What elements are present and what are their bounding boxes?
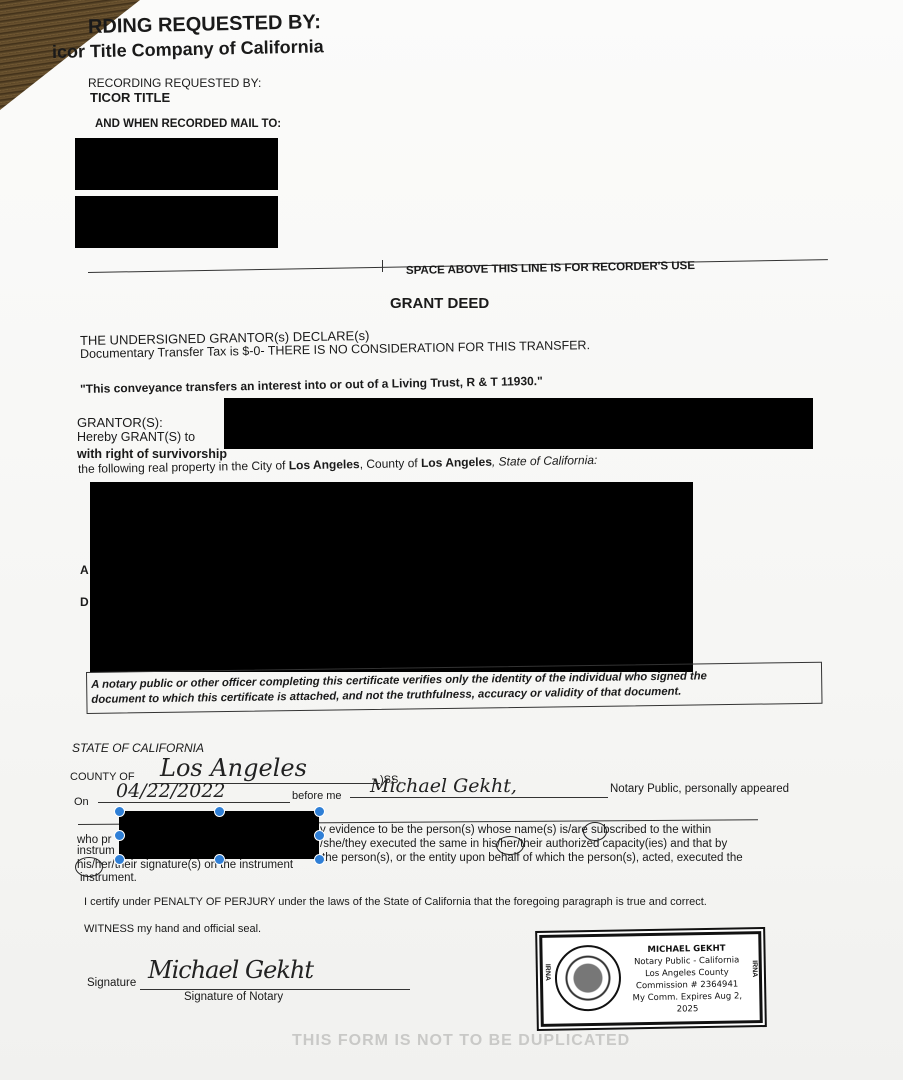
watermark-bleedthrough: THIS FORM IS NOT TO BE DUPLICATED — [292, 1032, 630, 1050]
recorder-divider-tick — [382, 260, 383, 272]
county-handwritten: Los Angeles — [160, 754, 307, 782]
notary-seal-stamp: IRNA IRNA MICHAEL GEKHT Notary Public - … — [539, 931, 763, 1027]
notary-name-handwritten: Michael Gekht, — [370, 775, 517, 797]
circled-his-2 — [75, 857, 103, 877]
redacted-mail-name — [75, 138, 278, 190]
partial-letter-d: D — [80, 595, 89, 609]
selection-handle-top-left[interactable] — [114, 806, 125, 817]
document-title: GRANT DEED — [390, 295, 489, 312]
recording-requested-large: RDING REQUESTED BY: — [88, 11, 321, 39]
selection-handle-top-center[interactable] — [214, 806, 225, 817]
ack-line-3-end: the person(s), or the entity upon behalf… — [322, 852, 743, 864]
circled-his-1 — [496, 836, 524, 855]
witness-statement: WITNESS my hand and official seal. — [84, 923, 261, 935]
ack-line-1-end: y evidence to be the person(s) whose nam… — [320, 824, 711, 836]
seal-side-text-left: IRNA — [544, 964, 551, 981]
selection-handle-middle-right[interactable] — [314, 830, 325, 841]
mail-to-label: AND WHEN RECORDED MAIL TO: — [95, 118, 281, 130]
partial-letter-a: A — [80, 563, 89, 577]
signature-caption: Signature of Notary — [184, 991, 283, 1003]
notary-name-underline — [350, 797, 608, 798]
selection-handle-middle-left[interactable] — [114, 830, 125, 841]
recording-requested-small: RECORDING REQUESTED BY: — [88, 76, 261, 90]
on-label: On — [74, 796, 89, 808]
redacted-signer-name[interactable] — [119, 811, 319, 859]
ack-line-2-start: instrum — [77, 845, 115, 857]
notary-signature: Michael Gekht — [148, 956, 313, 984]
selection-handle-bottom-left[interactable] — [114, 854, 125, 865]
before-me-label: before me — [292, 790, 342, 802]
state-label: STATE OF CALIFORNIA — [72, 741, 204, 755]
california-state-seal-icon — [554, 945, 621, 1012]
redacted-legal-description — [90, 482, 693, 672]
redacted-grantee-names — [224, 398, 813, 449]
property-county-prefix: , County of — [360, 456, 418, 471]
redacted-mail-address — [75, 196, 278, 248]
ack-line-3-start: his/her/their signature(s) on the instru… — [77, 859, 293, 871]
grantor-label: GRANTOR(S): — [77, 415, 163, 430]
selection-handle-bottom-center[interactable] — [214, 854, 225, 865]
grant-to-label: Hereby GRANT(S) to — [77, 430, 195, 444]
certify-statement: I certify under PENALTY OF PERJURY under… — [84, 896, 707, 908]
circled-is — [583, 822, 607, 841]
date-handwritten: 04/22/2022 — [116, 780, 226, 802]
seal-expiration: My Comm. Expires Aug 2, 2025 — [621, 990, 753, 1016]
company-name-small: TICOR TITLE — [90, 90, 170, 105]
selection-handle-top-right[interactable] — [314, 806, 325, 817]
property-county: Los Angeles — [421, 455, 492, 470]
property-city: Los Angeles — [289, 457, 360, 472]
seal-text: MICHAEL GEKHT Notary Public - California… — [620, 942, 753, 1016]
date-underline — [98, 802, 290, 803]
property-state: , State of California: — [492, 453, 598, 469]
signature-underline — [140, 989, 410, 990]
notary-public-appeared: Notary Public, personally appeared — [610, 783, 789, 795]
selection-handle-bottom-right[interactable] — [314, 854, 325, 865]
signature-label: Signature — [87, 977, 136, 989]
